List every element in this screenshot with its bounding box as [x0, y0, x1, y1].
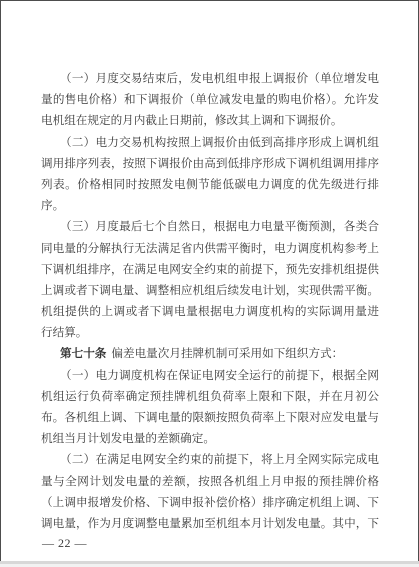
page-number: — 22 —: [42, 533, 87, 554]
text-line: （二）在满足电网安全约束的前提下，将上月全网实际完成电: [41, 449, 379, 470]
text-line: 布。各机组上调、下调电量的限额按照负荷率上下限对应发电量与: [41, 407, 379, 428]
text-line: 调用排序列表，按照下调报价由高到低排序形成下调机组调用排序: [41, 153, 379, 174]
text-line: 序。: [41, 195, 379, 216]
text-line: 机组提供的上调或者下调电量根据电力调度机构的实际调用量进: [41, 301, 379, 322]
text-line: 电机组在规定的月内截止日期前，修改其上调和下调报价。: [41, 110, 379, 131]
text-line: （一）电力调度机构在保证电网安全运行的前提下，根据全网: [41, 365, 379, 386]
text-line: 机组当月计划发电量的差额确定。: [41, 428, 379, 449]
text-line: 下调机组排序，在满足电网安全约束的前提下，预先安排机组提供: [41, 259, 379, 280]
text-line: （一）月度交易结束后，发电机组申报上调报价（单位增发电: [41, 68, 379, 89]
text-line: 同电量的分解执行无法满足省内供需平衡时，电力调度机构参考上: [41, 238, 379, 259]
page-bottom-edge: [0, 561, 419, 564]
text-line: 量与全网计划发电量的差额，按照各机组上月申报的预挂牌价格: [41, 471, 379, 492]
text-line: 调电量，作为月度调整电量累加至机组本月计划发电量。其中，下: [41, 513, 379, 534]
text-line: 上调或者下调电量、调整相应机组后续发电计划，实现供需平衡。: [41, 280, 379, 301]
text-line: （二）电力交易机构按照上调报价由低到高排序形成上调机组: [41, 132, 379, 153]
text-line: （上调申报增发价格、下调申报补偿价格）排序确定机组上调、下: [41, 492, 379, 513]
document-body: （一）月度交易结束后，发电机组申报上调报价（单位增发电量的售电价格）和下调报价（…: [41, 68, 379, 534]
article-title-text: 偏差电量次月挂牌机制可采用如下组织方式：: [111, 347, 343, 360]
article-heading-line: 第七十条偏差电量次月挂牌机制可采用如下组织方式：: [41, 343, 379, 364]
text-line: 行结算。: [41, 322, 379, 343]
document-page: （一）月度交易结束后，发电机组申报上调报价（单位增发电量的售电价格）和下调报价（…: [0, 0, 419, 562]
article-number: 第七十条: [60, 347, 106, 360]
text-line: （三）月度最后七个自然日，根据电力电量平衡预测，各类合: [41, 216, 379, 237]
text-line: 机组运行负荷率确定预挂牌机组负荷率上限和下限，并在月初公: [41, 386, 379, 407]
text-line: 列表。价格相同时按照发电侧节能低碳电力调度的优先级进行排: [41, 174, 379, 195]
text-line: 量的售电价格）和下调报价（单位减发电量的购电价格）。允许发: [41, 89, 379, 110]
